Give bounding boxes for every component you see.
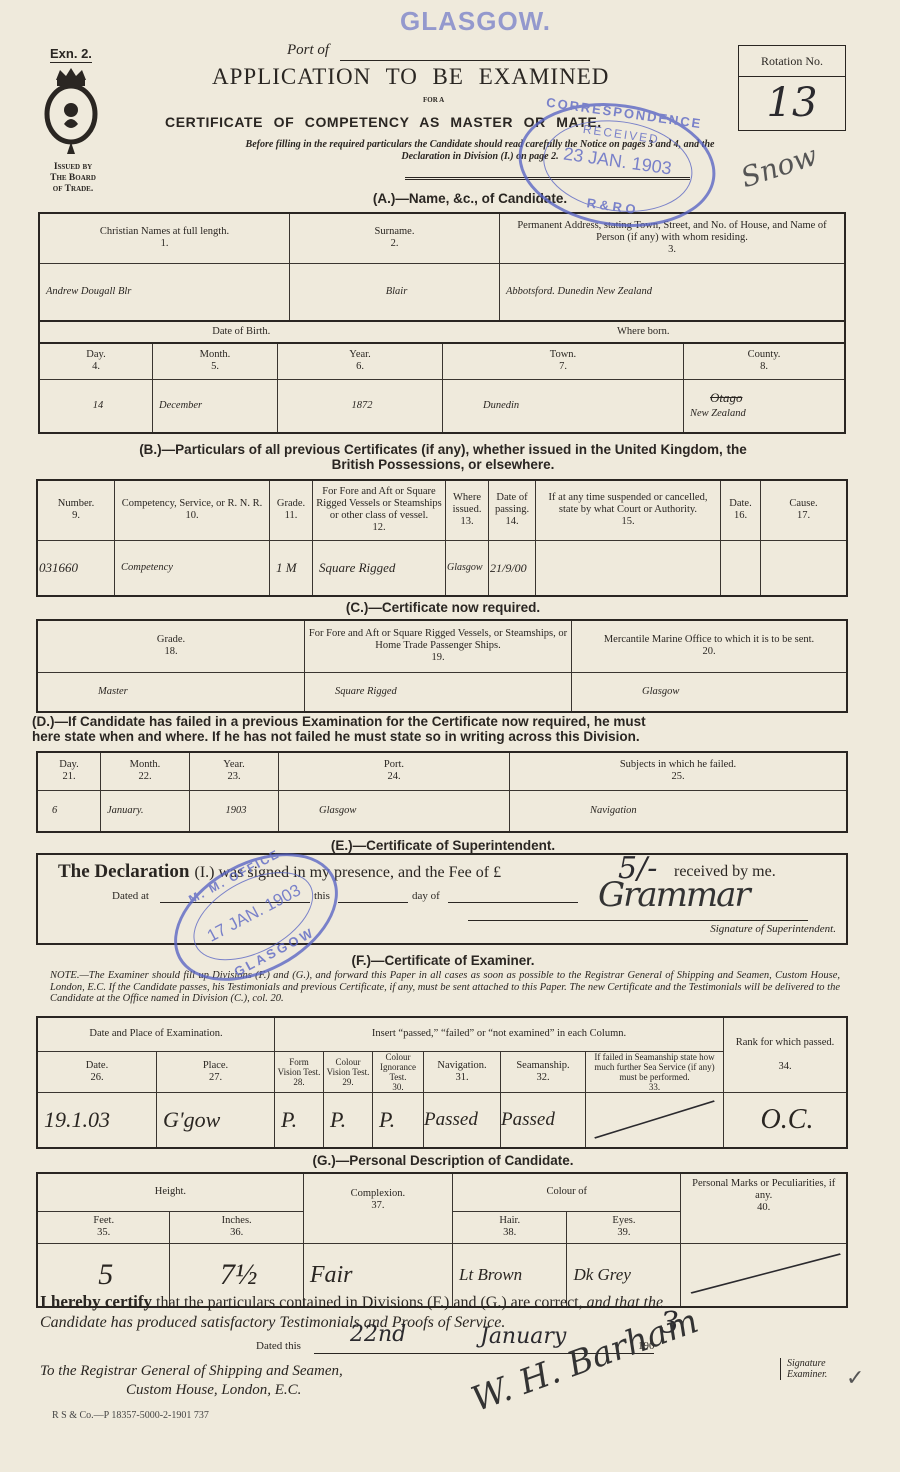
checkmark-icon: ✓ (846, 1366, 864, 1391)
dob-label: Date of Birth. (39, 321, 443, 343)
failed-subjects: Navigation (510, 790, 848, 832)
section-f-title: (F.)—Certificate of Examiner. (38, 953, 848, 968)
birth-county-value: Otago New Zealand (684, 379, 846, 433)
for-a-label: FOR A (423, 96, 444, 104)
section-e-title: (E.)—Certificate of Superintendent. (38, 838, 848, 853)
section-c-title: (C.)—Certificate now required. (38, 600, 848, 615)
day-of-line (448, 902, 578, 903)
section-a-table: Christian Names at full length.1. Surnam… (38, 212, 846, 322)
form-vision-result: P. (275, 1092, 324, 1148)
section-d-title: (D.)—If Candidate has failed in a previo… (32, 714, 856, 744)
address-value: Abbotsford. Dunedin New Zealand (500, 263, 846, 321)
signature-line (468, 920, 808, 921)
section-f-table: Date and Place of Examination. Insert “p… (36, 1016, 848, 1149)
prev-cert-cause (761, 540, 848, 596)
birth-month-value: December (153, 379, 278, 433)
exam-date: 19.1.03 (37, 1092, 157, 1148)
section-c-table: Grade.18. For Fore and Aft or Square Rig… (36, 619, 848, 713)
rotation-box: Rotation No. 13 (738, 45, 846, 131)
declaration-gothic: The Declaration (58, 861, 189, 882)
day-of-label: day of (412, 890, 440, 902)
rank-passed: O.C. (724, 1092, 848, 1148)
board-of-trade-crest (42, 66, 100, 158)
prev-cert-grade: 1 M (270, 540, 313, 596)
complexion-label: Complexion.37. (303, 1173, 452, 1243)
failed-month: January. (101, 790, 190, 832)
port-of-label: Port of (287, 42, 329, 59)
footer-month: January (480, 1324, 566, 1349)
form-code: Exn. 2. (50, 46, 92, 63)
required-office: Glasgow (572, 672, 848, 712)
born-label: Where born. (443, 321, 846, 343)
issued-by: Issued by The Board of Trade. (38, 162, 108, 195)
colour-label: Colour of (453, 1173, 681, 1211)
this-line (338, 902, 408, 903)
navigation-result: Passed (424, 1092, 501, 1148)
prev-cert-vessel: Square Rigged (313, 540, 446, 596)
section-f-note: NOTE.—The Examiner should fill up Divisi… (50, 970, 840, 1005)
rotation-label: Rotation No. (739, 46, 845, 77)
marks-label: Personal Marks or Peculiarities, if any.… (681, 1173, 847, 1243)
christian-names-value: Andrew Dougall Blr (39, 263, 290, 321)
examiner-signature-label: Signature Examiner. (780, 1358, 827, 1380)
form-title: APPLICATION TO BE EXAMINED (212, 64, 609, 90)
prev-cert-where: Glasgow (446, 540, 489, 596)
dated-at-label: Dated at (112, 890, 149, 902)
rank-label: Rank for which passed.34. (724, 1017, 848, 1092)
required-vessel-class: Square Rigged (305, 672, 572, 712)
section-b-title: (B.)—Particulars of all previous Certifi… (38, 442, 848, 472)
seamanship-result: Passed (501, 1092, 586, 1148)
height-label: Height. (37, 1173, 303, 1211)
port-stamp: GLASGOW. (400, 6, 551, 37)
superintendent-signature-label: Signature of Superintendent. (710, 923, 836, 935)
exam-place: G'gow (157, 1092, 275, 1148)
rotation-value: 13 (739, 77, 845, 129)
birth-town-value: Dunedin (443, 379, 684, 433)
colour-ignorance-result: P. (373, 1092, 424, 1148)
section-g-table: Height. Complexion.37. Colour of Persona… (36, 1172, 848, 1308)
county-struck: Otago (690, 390, 842, 406)
required-grade: Master (37, 672, 305, 712)
prev-cert-number: 031660 (37, 540, 115, 596)
registrar-address: To the Registrar General of Shipping and… (40, 1362, 343, 1400)
port-of-line (340, 60, 590, 61)
colour-vision-result: P. (324, 1092, 373, 1148)
section-g-title: (G.)—Personal Description of Candidate. (38, 1153, 848, 1168)
birth-day-value: 14 (39, 379, 153, 433)
dated-this-label: Dated this (256, 1340, 301, 1352)
section-d-table: Day.21. Month.22. Year.23. Port.24. Subj… (36, 751, 848, 833)
failed-day: 6 (37, 790, 101, 832)
failed-year: 1903 (190, 790, 279, 832)
section-e-box: The Declaration (I.) was signed in my pr… (36, 853, 848, 945)
prev-cert-type: Competency (115, 540, 270, 596)
failed-port: Glasgow (279, 790, 510, 832)
prev-cert-suspended (536, 540, 721, 596)
printer-code: R S & Co.—P 18357-5000-2-1901 737 (52, 1410, 209, 1421)
superintendent-signature: Grammar (598, 875, 749, 915)
birth-year-value: 1872 (278, 379, 443, 433)
section-b-table: Number.9. Competency, Service, or R. N. … (36, 479, 848, 597)
prev-cert-date: 21/9/00 (489, 540, 536, 596)
certify-line-1: I hereby certify that the particulars co… (40, 1292, 848, 1312)
section-a-birth-table: Date of Birth. Where born. Day.4. Month.… (38, 320, 846, 434)
insert-label: Insert “passed,” “failed” or “not examin… (275, 1017, 724, 1051)
prev-cert-susp-date (721, 540, 761, 596)
certify-line-2: Candidate has produced satisfactory Test… (40, 1314, 505, 1332)
surname-value: Blair (290, 263, 500, 321)
footer-day: 22nd (350, 1322, 406, 1347)
date-place-label: Date and Place of Examination. (37, 1017, 275, 1051)
further-service (586, 1092, 724, 1148)
